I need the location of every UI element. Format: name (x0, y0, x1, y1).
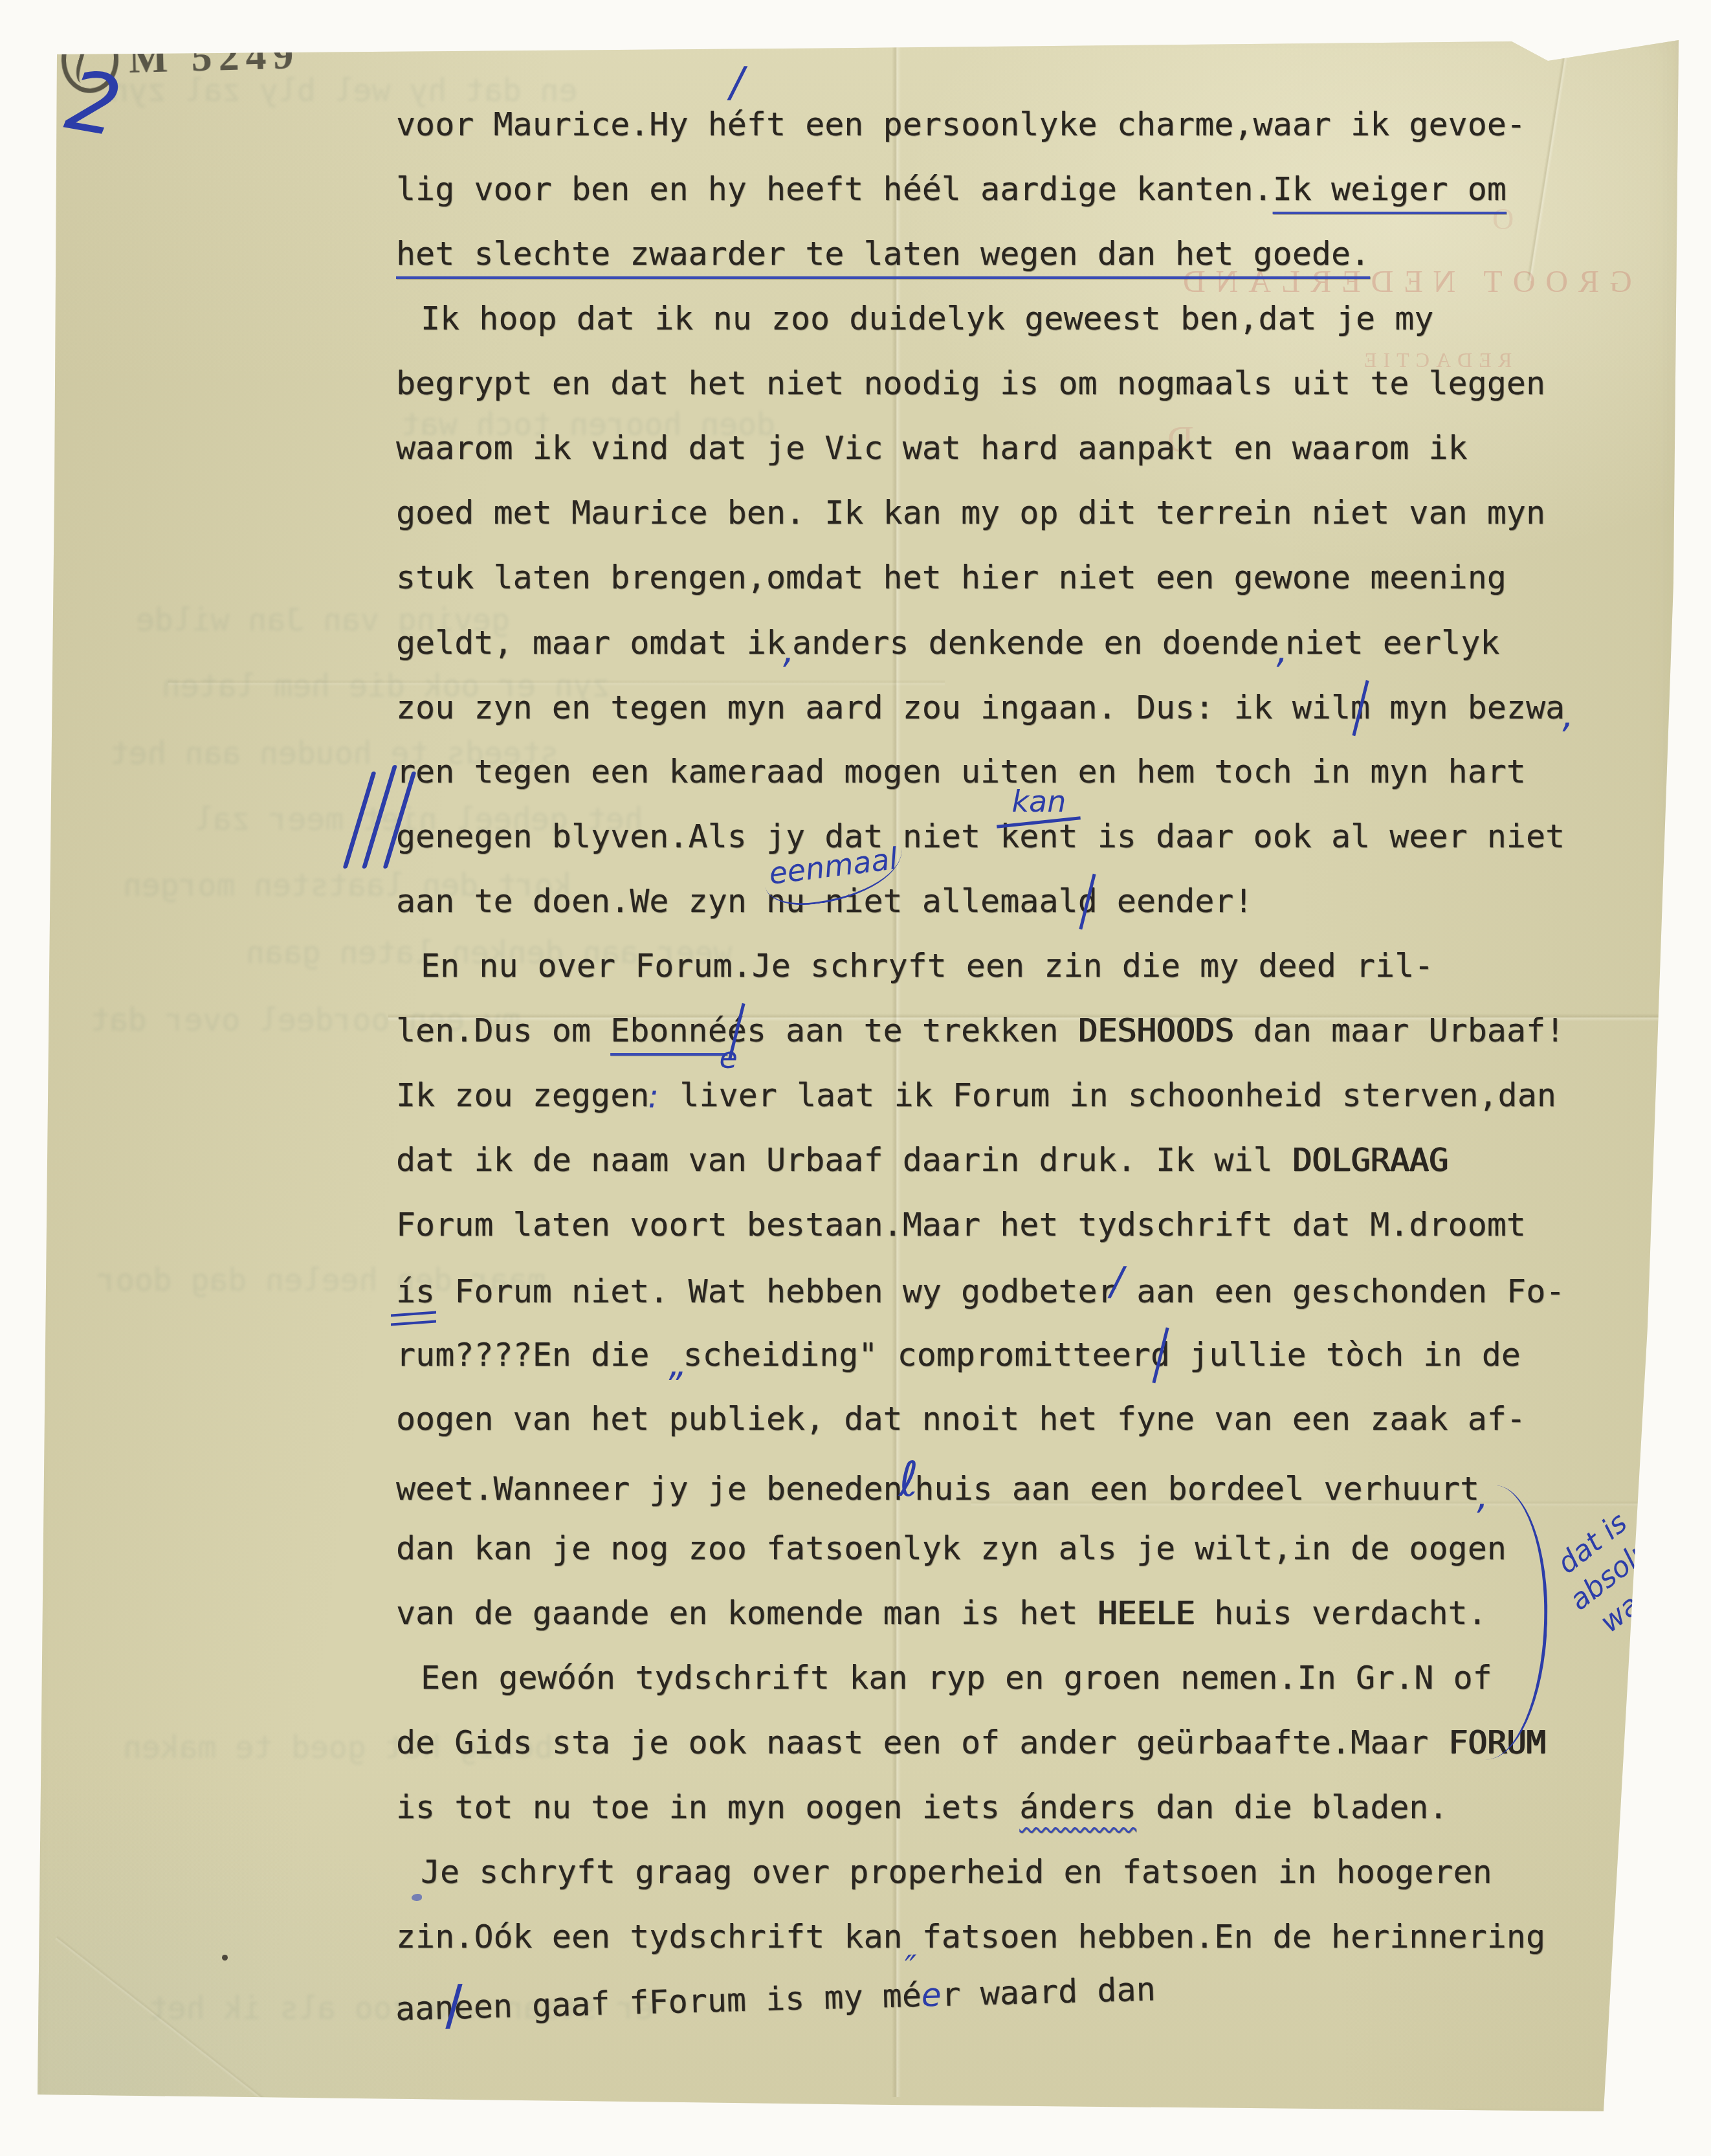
typed-line: Een gewóón tydschrift kan ryp en groen n… (396, 1645, 1571, 1710)
typed-text: Forum laten voort bestaan.Maar het tydsc… (396, 1206, 1526, 1243)
typed-line: voor Maurice.Hy hé∕ft een persoonlyke ch… (396, 92, 1571, 157)
annotated-text: ∕ (1110, 1259, 1123, 1304)
annotated-text: ís (396, 1272, 435, 1310)
typed-line: dat ik de naam van Urbaaf daarin druk. I… (396, 1128, 1571, 1192)
ink-note: kan (1011, 769, 1066, 834)
typed-text: dan maar Urbaaf! (1233, 1012, 1565, 1049)
typed-text: s aan te trekken (747, 1012, 1078, 1049)
typed-text: Je schryft graag over properheid en fats… (421, 1853, 1492, 1891)
typed-line: weet.Wanneer jy je benedenℓhuis aan een … (396, 1451, 1571, 1516)
ink-note: ″ (904, 1935, 918, 1999)
typed-text: Ik hoop dat ik nu zoo duidelyk geweest b… (421, 300, 1433, 337)
typed-text-block: voor Maurice.Hy hé∕ft een persoonlyke ch… (396, 92, 1571, 2034)
typed-text: genegen blyven.Als jy dat niet (396, 817, 1000, 855)
typed-text: li (660, 1076, 718, 1114)
annotated-text: ℓ (899, 1452, 919, 1507)
typed-line: rum????En die „scheiding" compromitteerd… (396, 1322, 1571, 1386)
corner-crease (54, 1935, 323, 2147)
typed-text: oogen van het publiek, dat nnoit het fyn… (396, 1400, 1526, 1438)
annotated-text: DESHOODS (1078, 1012, 1234, 1049)
annotated-text: Ik weiger om (1273, 170, 1507, 208)
typed-text: r waard dan (941, 1970, 1156, 2014)
annotated-text: ánders (1019, 1788, 1136, 1826)
typed-text: een gaaf fForum is my m (454, 1977, 903, 2027)
typed-line: len.Dus om Ebonnéés aan te trekken DESHO… (396, 998, 1571, 1063)
annotated-text: , (1562, 695, 1574, 737)
typed-line: genegen blyven.Als jy dat niet kentkan i… (396, 804, 1571, 869)
typed-text: Ik zou zeggen (396, 1076, 649, 1114)
annotated-text: e (921, 1976, 942, 2014)
annotated-text: ∕ (444, 1973, 464, 2037)
typed-text: len.Dus om (396, 1012, 610, 1049)
typed-text: goed met Maurice ben. Ik kan my op dit t… (396, 494, 1545, 531)
typed-line: de Gids sta je ook naast een of ander ge… (396, 1710, 1571, 1775)
typed-line: geldt, maar omdat ik,anders denkende en … (396, 610, 1571, 674)
annotated-text: DOLGRAAG (1292, 1141, 1448, 1179)
margin-note: dat is absoluut waar (1551, 1485, 1704, 1639)
typed-line: aan te doen.We zyn nu nieteenmaal allema… (396, 869, 1571, 933)
typed-text: anders denkende en doende (792, 624, 1279, 661)
typed-text: ft een persoonlyke charme,waar ik gevoe- (747, 106, 1526, 143)
typed-text: begrypt en dat het niet noodig is om nog… (396, 364, 1545, 402)
typed-line: is tot nu toe in myn oogen iets ánders d… (396, 1775, 1571, 1839)
typed-line: het slechte zwaarder te laten wegen dan … (396, 221, 1571, 286)
typed-text: ren tegen een kameraad mogen uiten en he… (396, 753, 1526, 790)
typed-line: oogen van het publiek, dat nnoit het fyn… (396, 1386, 1571, 1451)
typed-text: is daar ook al weer niet (1078, 817, 1565, 855)
typed-text: myn bezwa (1370, 689, 1565, 726)
typed-text: weet.Wanneer jy je beneden (396, 1470, 903, 1507)
typed-text: huis aan een bordeel verhuurt (914, 1470, 1479, 1507)
annotated-text: „ (668, 1344, 687, 1384)
typed-line: Ik hoop dat ik nu zoo duidelyk geweest b… (396, 286, 1571, 351)
typed-text: waarom ik vind dat je Vic wat hard aanpa… (396, 429, 1468, 467)
typed-text: dat ik de naam van Urbaaf daarin druk. I… (396, 1141, 1292, 1179)
ink-speck (222, 1955, 228, 1961)
typed-line: goed met Maurice ben. Ik kan my op dit t… (396, 480, 1571, 545)
typed-line: ren tegen een kameraad mogen uiten en he… (396, 739, 1571, 804)
typed-line: ís Forum niet. Wat hebben wy godbeter∕ a… (396, 1257, 1571, 1322)
typed-text: huis verdacht. (1195, 1594, 1487, 1632)
typed-text: lig voor ben en hy heeft héél aardige ka… (396, 170, 1273, 208)
typed-text: allemaal (903, 882, 1078, 920)
typed-text: é∕ (727, 92, 747, 157)
typed-line: dan kan je nog zoo fatsoenlyk zyn als je… (396, 1516, 1571, 1581)
ink-dot (412, 1894, 422, 1901)
triple-slash-mark (357, 765, 417, 871)
typed-text: is tot nu toe in myn oogen iets (396, 1788, 1019, 1826)
typed-text: En nu over Forum.Je schryft een zin die … (421, 947, 1433, 984)
annotated-text: é″ (901, 1963, 922, 2028)
annotated-text: het slechte zwaarder te laten wegen dan … (396, 235, 1370, 272)
typed-text: Een gewóón tydschrift kan ryp en groen n… (421, 1659, 1492, 1696)
typed-line: lig voor ben en hy heeft héél aardige ka… (396, 157, 1571, 221)
typed-text: de Gids sta je ook naast een of ander ge… (396, 1724, 1448, 1761)
annotated-text: d (1078, 882, 1098, 920)
typed-text: eender! (1098, 882, 1253, 920)
annotated-text: , (1276, 630, 1288, 672)
typed-text: rum????En die (396, 1336, 668, 1373)
stamp-number: M 5249 (128, 30, 300, 83)
typed-line: zou zyn en tegen myn aard zou ingaan. Du… (396, 674, 1571, 739)
typed-text: aan te doen.We zyn nu (396, 882, 824, 920)
typed-line: stuk laten brengen,omdat het hier niet e… (396, 545, 1571, 610)
annotated-text: Ebonné (610, 1012, 727, 1049)
typed-text: scheiding" compromitteer (683, 1336, 1150, 1373)
typed-text: aan een geschonden Fo- (1117, 1272, 1565, 1310)
annotated-text: kentkan (1000, 804, 1077, 869)
annotated-text: : (648, 1078, 659, 1115)
typed-text: voor Maurice.Hy h (396, 106, 727, 143)
annotated-text: m (1351, 689, 1370, 726)
annotated-text: , (783, 630, 795, 672)
annotated-text: nieteenmaal (824, 869, 902, 933)
document-scan: en dat hy wel bly zal zyndoen hooren toc… (0, 0, 1711, 2156)
typed-line: begrypt en dat het niet noodig is om nog… (396, 351, 1571, 416)
typed-line: Je schryft graag over properheid en fats… (396, 1839, 1571, 1904)
annotated-text: HEELE (1098, 1594, 1195, 1632)
typed-text: dan die bladen. (1136, 1788, 1448, 1826)
typed-text: zou zyn en tegen myn aard zou ingaan. Du… (396, 689, 1351, 726)
typed-text: geldt, maar omdat ik (396, 624, 786, 661)
ink-note: ∕ (730, 50, 744, 115)
typed-line: waarom ik vind dat je Vic wat hard aanpa… (396, 416, 1571, 480)
typed-text: van de gaande en komende man is het (396, 1594, 1098, 1632)
typed-text: jullie tòch in de (1170, 1336, 1521, 1373)
annotated-text: d (1151, 1336, 1170, 1373)
ink-note: e (719, 1025, 737, 1090)
typed-line: Forum laten voort bestaan.Maar het tydsc… (396, 1192, 1571, 1257)
typed-text: er laat ik Forum in schoonheid sterven,d… (738, 1076, 1556, 1114)
typed-line: Ik zou zeggen: liveer laat ik Forum in s… (396, 1063, 1571, 1128)
typed-text: niet eerlyk (1285, 624, 1499, 661)
typed-line: En nu over Forum.Je schryft een zin die … (396, 933, 1571, 998)
letter-page: en dat hy wel bly zal zyndoen hooren toc… (0, 0, 1711, 2156)
annotated-text: ve (719, 1063, 738, 1128)
typed-text: Forum niet. Wat hebben wy godbeter (435, 1272, 1117, 1310)
typed-text: stuk laten brengen,omdat het hier niet e… (396, 559, 1507, 596)
typed-line: van de gaande en komende man is het HEEL… (396, 1581, 1571, 1645)
annotated-text: , (1477, 1476, 1488, 1518)
typed-text: dan kan je nog zoo fatsoenlyk zyn als je… (396, 1529, 1507, 1567)
